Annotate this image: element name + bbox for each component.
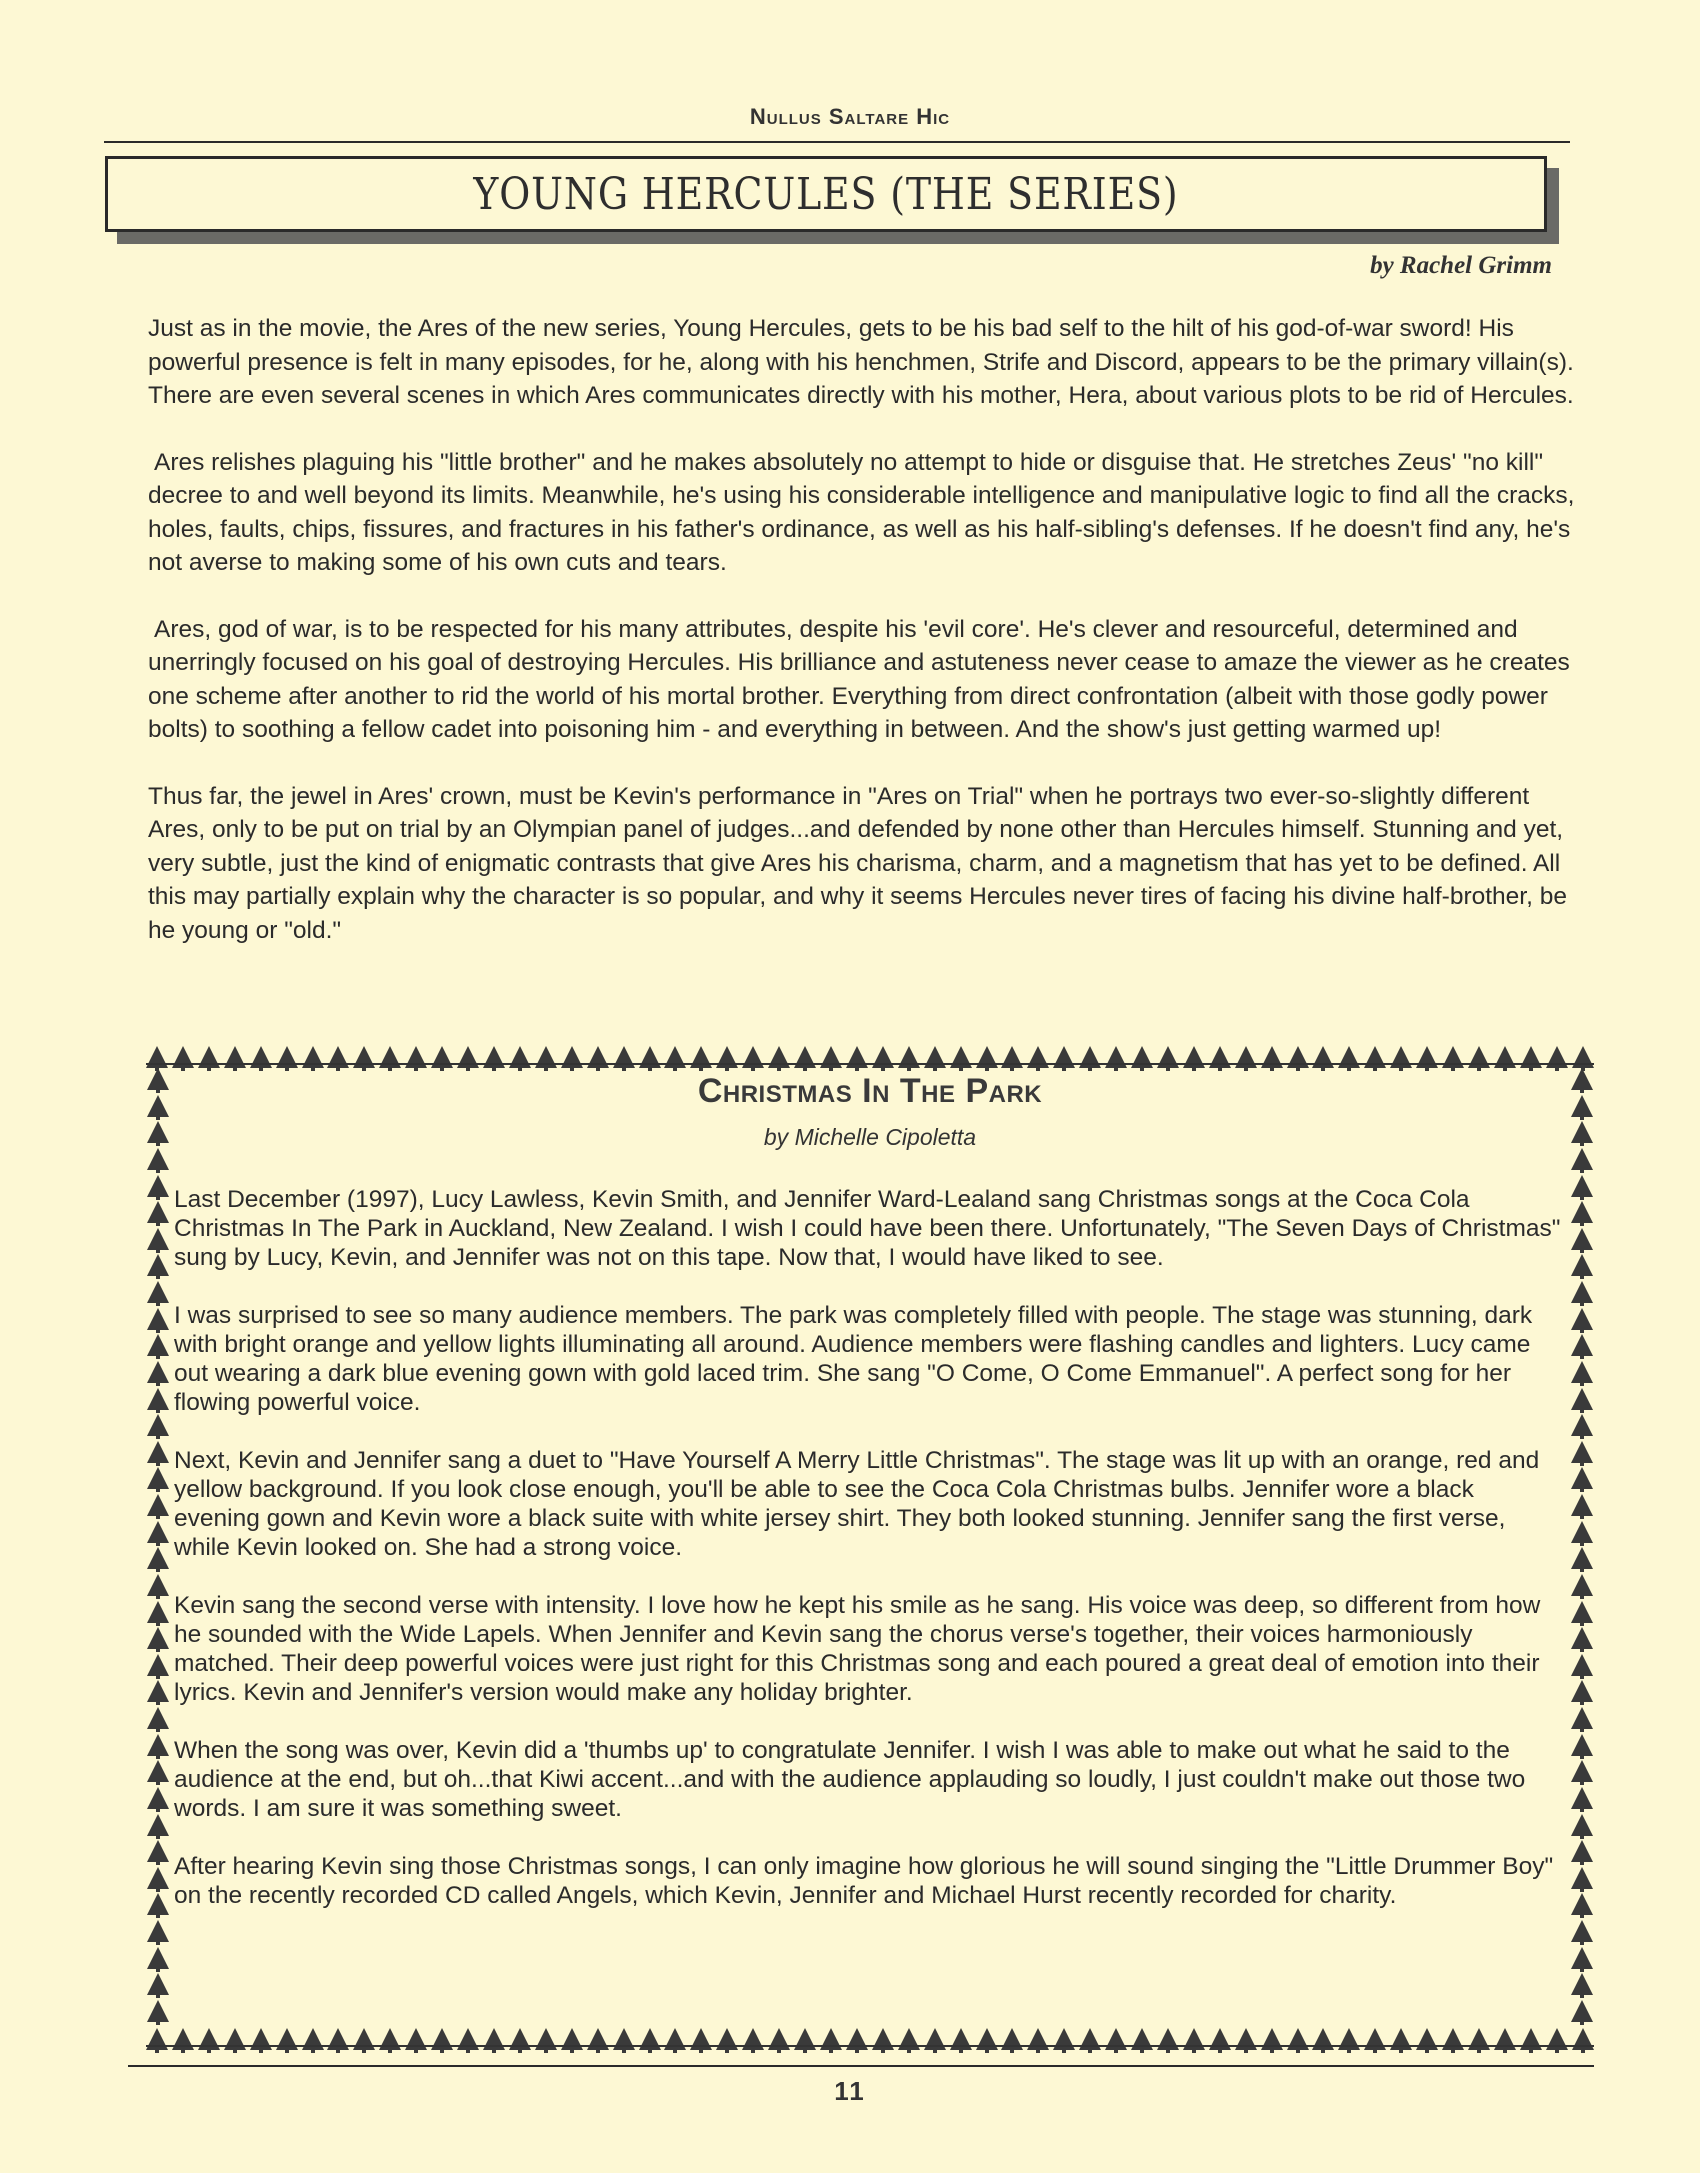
christmas-tree-icon bbox=[846, 1046, 868, 1068]
christmas-tree-icon bbox=[1571, 1760, 1593, 1782]
christmas-tree-icon bbox=[147, 1760, 169, 1782]
christmas-tree-icon bbox=[976, 1046, 998, 1068]
christmas-tree-icon bbox=[1183, 2028, 1205, 2050]
christmas-tree-icon bbox=[768, 1046, 790, 1068]
christmas-tree-icon bbox=[1287, 2028, 1309, 2050]
christmas-tree-icon bbox=[147, 1254, 169, 1276]
christmas-tree-icon bbox=[742, 1046, 764, 1068]
christmas-tree-icon bbox=[1105, 1046, 1127, 1068]
christmas-tree-icon bbox=[405, 2028, 427, 2050]
christmas-tree-icon bbox=[1571, 1840, 1593, 1862]
christmas-tree-icon bbox=[1571, 1281, 1593, 1303]
christmas-tree-icon bbox=[716, 2028, 738, 2050]
paragraph: After hearing Kevin sing those Christmas… bbox=[174, 1852, 1564, 1910]
christmas-tree-icon bbox=[846, 2028, 868, 2050]
article-title: YOUNG HERCULES (THE SERIES) bbox=[473, 169, 1178, 220]
christmas-tree-icon bbox=[561, 2028, 583, 2050]
christmas-tree-icon bbox=[1571, 1787, 1593, 1809]
christmas-tree-icon bbox=[1079, 2028, 1101, 2050]
christmas-tree-icon bbox=[872, 1046, 894, 1068]
christmas-tree-icon bbox=[1312, 2028, 1334, 2050]
christmas-tree-icon bbox=[146, 2028, 168, 2050]
tree-border-bottom bbox=[146, 2022, 1594, 2050]
christmas-tree-icon bbox=[147, 1521, 169, 1543]
christmas-tree-icon bbox=[1546, 2028, 1568, 2050]
christmas-tree-icon bbox=[1571, 1654, 1593, 1676]
christmas-tree-icon bbox=[1131, 1046, 1153, 1068]
christmas-tree-icon bbox=[147, 1973, 169, 1995]
christmas-tree-icon bbox=[1494, 2028, 1516, 2050]
christmas-tree-icon bbox=[1183, 1046, 1205, 1068]
christmas-tree-icon bbox=[1105, 2028, 1127, 2050]
christmas-tree-icon bbox=[1571, 1601, 1593, 1623]
christmas-tree-icon bbox=[147, 1441, 169, 1463]
christmas-tree-icon bbox=[1571, 1308, 1593, 1330]
christmas-tree-icon bbox=[1235, 2028, 1257, 2050]
christmas-tree-icon bbox=[1001, 2028, 1023, 2050]
christmas-tree-icon bbox=[1390, 2028, 1412, 2050]
christmas-tree-icon bbox=[250, 2028, 272, 2050]
christmas-tree-icon bbox=[250, 1046, 272, 1068]
footer-rule bbox=[128, 2065, 1594, 2067]
christmas-tree-icon bbox=[1053, 2028, 1075, 2050]
christmas-tree-icon bbox=[353, 2028, 375, 2050]
christmas-tree-icon bbox=[664, 1046, 686, 1068]
christmas-tree-icon bbox=[224, 1046, 246, 1068]
christmas-tree-icon bbox=[1571, 1441, 1593, 1463]
christmas-tree-icon bbox=[147, 1734, 169, 1756]
tree-border-right bbox=[1570, 1068, 1594, 2022]
christmas-tree-icon bbox=[1494, 1046, 1516, 1068]
christmas-tree-icon bbox=[924, 1046, 946, 1068]
christmas-tree-icon bbox=[1416, 2028, 1438, 2050]
christmas-tree-icon bbox=[276, 2028, 298, 2050]
christmas-tree-icon bbox=[1157, 1046, 1179, 1068]
christmas-tree-icon bbox=[535, 2028, 557, 2050]
christmas-tree-icon bbox=[147, 1388, 169, 1410]
christmas-tree-icon bbox=[198, 2028, 220, 2050]
christmas-tree-icon bbox=[1571, 1574, 1593, 1596]
tree-border-left bbox=[146, 1068, 170, 2022]
christmas-tree-icon bbox=[483, 1046, 505, 1068]
christmas-tree-icon bbox=[1157, 2028, 1179, 2050]
christmas-tree-icon bbox=[1416, 1046, 1438, 1068]
christmas-tree-icon bbox=[327, 2028, 349, 2050]
header-rule bbox=[104, 141, 1570, 143]
christmas-tree-icon bbox=[1261, 2028, 1283, 2050]
christmas-tree-icon bbox=[1571, 1148, 1593, 1170]
christmas-tree-icon bbox=[1571, 1334, 1593, 1356]
christmas-tree-icon bbox=[147, 2000, 169, 2022]
christmas-article-byline: by Michelle Cipoletta bbox=[146, 1124, 1594, 1151]
tree-border-top bbox=[146, 1040, 1594, 1068]
article-byline: by Rachel Grimm bbox=[1370, 252, 1552, 280]
christmas-tree-icon bbox=[172, 2028, 194, 2050]
christmas-tree-icon bbox=[327, 1046, 349, 1068]
christmas-tree-icon bbox=[147, 1148, 169, 1170]
christmas-tree-icon bbox=[1571, 1867, 1593, 1889]
christmas-tree-icon bbox=[147, 1947, 169, 1969]
christmas-tree-icon bbox=[147, 1680, 169, 1702]
christmas-tree-icon bbox=[820, 1046, 842, 1068]
christmas-tree-icon bbox=[1442, 2028, 1464, 2050]
christmas-tree-icon bbox=[1571, 1254, 1593, 1276]
christmas-article-body: Last December (1997), Lucy Lawless, Kevi… bbox=[174, 1185, 1564, 1939]
paragraph: Ares relishes plaguing his "little broth… bbox=[148, 446, 1578, 580]
christmas-tree-icon bbox=[379, 2028, 401, 2050]
christmas-tree-icon bbox=[1209, 2028, 1231, 2050]
christmas-tree-icon bbox=[924, 2028, 946, 2050]
christmas-tree-icon bbox=[1546, 1046, 1568, 1068]
christmas-tree-icon bbox=[1571, 1414, 1593, 1436]
christmas-tree-icon bbox=[1571, 1680, 1593, 1702]
christmas-tree-icon bbox=[1571, 1521, 1593, 1543]
christmas-tree-icon bbox=[950, 2028, 972, 2050]
christmas-tree-icon bbox=[1571, 1627, 1593, 1649]
christmas-tree-icon bbox=[379, 1046, 401, 1068]
christmas-tree-icon bbox=[147, 1654, 169, 1676]
page-number: 11 bbox=[0, 2076, 1700, 2107]
christmas-tree-icon bbox=[1027, 2028, 1049, 2050]
christmas-tree-icon bbox=[146, 1046, 168, 1068]
christmas-tree-icon bbox=[1571, 1947, 1593, 1969]
christmas-tree-icon bbox=[1338, 2028, 1360, 2050]
christmas-tree-icon bbox=[147, 1201, 169, 1223]
christmas-tree-icon bbox=[147, 1494, 169, 1516]
christmas-tree-icon bbox=[1235, 1046, 1257, 1068]
christmas-tree-icon bbox=[353, 1046, 375, 1068]
christmas-article-box: Christmas In The Park by Michelle Cipole… bbox=[146, 1040, 1594, 2050]
christmas-tree-icon bbox=[147, 1574, 169, 1596]
christmas-tree-icon bbox=[147, 1228, 169, 1250]
christmas-tree-icon bbox=[976, 2028, 998, 2050]
christmas-tree-icon bbox=[690, 1046, 712, 1068]
christmas-tree-icon bbox=[1571, 1920, 1593, 1942]
christmas-tree-icon bbox=[587, 2028, 609, 2050]
paragraph: Ares, god of war, is to be respected for… bbox=[148, 613, 1578, 747]
christmas-tree-icon bbox=[613, 2028, 635, 2050]
christmas-tree-icon bbox=[147, 1308, 169, 1330]
paragraph: When the song was over, Kevin did a 'thu… bbox=[174, 1736, 1564, 1823]
christmas-tree-icon bbox=[1520, 2028, 1542, 2050]
christmas-tree-icon bbox=[431, 1046, 453, 1068]
christmas-tree-icon bbox=[147, 1361, 169, 1383]
paragraph: I was surprised to see so many audience … bbox=[174, 1301, 1564, 1417]
christmas-tree-icon bbox=[1571, 1361, 1593, 1383]
christmas-tree-icon bbox=[302, 2028, 324, 2050]
paragraph: Thus far, the jewel in Ares' crown, must… bbox=[148, 780, 1578, 948]
christmas-tree-icon bbox=[509, 1046, 531, 1068]
christmas-tree-icon bbox=[509, 2028, 531, 2050]
christmas-tree-icon bbox=[1520, 1046, 1542, 1068]
christmas-tree-icon bbox=[898, 2028, 920, 2050]
christmas-tree-icon bbox=[405, 1046, 427, 1068]
christmas-tree-icon bbox=[872, 2028, 894, 2050]
christmas-tree-icon bbox=[716, 1046, 738, 1068]
christmas-tree-icon bbox=[1571, 1734, 1593, 1756]
christmas-tree-icon bbox=[1572, 1046, 1594, 1068]
christmas-tree-icon bbox=[147, 1920, 169, 1942]
christmas-tree-icon bbox=[898, 1046, 920, 1068]
christmas-tree-icon bbox=[794, 1046, 816, 1068]
christmas-tree-icon bbox=[639, 2028, 661, 2050]
christmas-tree-icon bbox=[1364, 1046, 1386, 1068]
christmas-tree-icon bbox=[561, 1046, 583, 1068]
christmas-tree-icon bbox=[1571, 2000, 1593, 2022]
christmas-tree-icon bbox=[147, 1414, 169, 1436]
christmas-tree-icon bbox=[147, 1175, 169, 1197]
christmas-tree-icon bbox=[768, 2028, 790, 2050]
christmas-tree-icon bbox=[1468, 1046, 1490, 1068]
christmas-tree-icon bbox=[1571, 1467, 1593, 1489]
christmas-article-title: Christmas In The Park bbox=[146, 1072, 1594, 1111]
christmas-tree-icon bbox=[457, 2028, 479, 2050]
paragraph: Last December (1997), Lucy Lawless, Kevi… bbox=[174, 1185, 1564, 1272]
christmas-tree-icon bbox=[483, 2028, 505, 2050]
christmas-tree-icon bbox=[1572, 2028, 1594, 2050]
christmas-tree-icon bbox=[1338, 1046, 1360, 1068]
paragraph: Kevin sang the second verse with intensi… bbox=[174, 1591, 1564, 1707]
christmas-tree-icon bbox=[147, 1840, 169, 1862]
christmas-tree-icon bbox=[1571, 1707, 1593, 1729]
christmas-tree-icon bbox=[1312, 1046, 1334, 1068]
christmas-tree-icon bbox=[457, 1046, 479, 1068]
christmas-tree-icon bbox=[147, 1601, 169, 1623]
christmas-tree-icon bbox=[147, 1547, 169, 1569]
christmas-tree-icon bbox=[1571, 1494, 1593, 1516]
christmas-tree-icon bbox=[820, 2028, 842, 2050]
christmas-tree-icon bbox=[224, 2028, 246, 2050]
christmas-tree-icon bbox=[172, 1046, 194, 1068]
christmas-tree-icon bbox=[639, 1046, 661, 1068]
christmas-tree-icon bbox=[742, 2028, 764, 2050]
christmas-tree-icon bbox=[198, 1046, 220, 1068]
christmas-tree-icon bbox=[1053, 1046, 1075, 1068]
christmas-tree-icon bbox=[664, 2028, 686, 2050]
christmas-tree-icon bbox=[1571, 1388, 1593, 1410]
christmas-tree-icon bbox=[147, 1281, 169, 1303]
christmas-tree-icon bbox=[276, 1046, 298, 1068]
christmas-tree-icon bbox=[431, 2028, 453, 2050]
christmas-tree-icon bbox=[147, 1467, 169, 1489]
christmas-tree-icon bbox=[1571, 1814, 1593, 1836]
christmas-tree-icon bbox=[1261, 1046, 1283, 1068]
christmas-tree-icon bbox=[613, 1046, 635, 1068]
christmas-tree-icon bbox=[1571, 1228, 1593, 1250]
running-head: Nullus Saltare Hic bbox=[0, 104, 1700, 130]
christmas-tree-icon bbox=[794, 2028, 816, 2050]
christmas-tree-icon bbox=[147, 1787, 169, 1809]
christmas-tree-icon bbox=[587, 1046, 609, 1068]
christmas-tree-icon bbox=[1571, 1893, 1593, 1915]
christmas-tree-icon bbox=[1442, 1046, 1464, 1068]
christmas-tree-icon bbox=[1027, 1046, 1049, 1068]
christmas-tree-icon bbox=[147, 1627, 169, 1649]
christmas-tree-icon bbox=[1468, 2028, 1490, 2050]
christmas-tree-icon bbox=[1571, 1175, 1593, 1197]
christmas-tree-icon bbox=[1131, 2028, 1153, 2050]
article-body: Just as in the movie, the Ares of the ne… bbox=[148, 312, 1578, 980]
article-title-box: YOUNG HERCULES (THE SERIES) bbox=[105, 156, 1547, 232]
christmas-tree-icon bbox=[1571, 1547, 1593, 1569]
christmas-tree-icon bbox=[950, 1046, 972, 1068]
christmas-tree-icon bbox=[1001, 1046, 1023, 1068]
christmas-tree-icon bbox=[1571, 1201, 1593, 1223]
paragraph: Just as in the movie, the Ares of the ne… bbox=[148, 312, 1578, 413]
christmas-tree-icon bbox=[535, 1046, 557, 1068]
paragraph: Next, Kevin and Jennifer sang a duet to … bbox=[174, 1446, 1564, 1562]
christmas-tree-icon bbox=[147, 1814, 169, 1836]
christmas-tree-icon bbox=[147, 1867, 169, 1889]
christmas-tree-icon bbox=[147, 1334, 169, 1356]
christmas-tree-icon bbox=[690, 2028, 712, 2050]
christmas-tree-icon bbox=[147, 1893, 169, 1915]
christmas-tree-icon bbox=[1079, 1046, 1101, 1068]
christmas-tree-icon bbox=[302, 1046, 324, 1068]
christmas-tree-icon bbox=[147, 1707, 169, 1729]
christmas-tree-icon bbox=[1209, 1046, 1231, 1068]
christmas-tree-icon bbox=[1390, 1046, 1412, 1068]
christmas-tree-icon bbox=[1287, 1046, 1309, 1068]
christmas-tree-icon bbox=[1364, 2028, 1386, 2050]
christmas-tree-icon bbox=[1571, 1973, 1593, 1995]
